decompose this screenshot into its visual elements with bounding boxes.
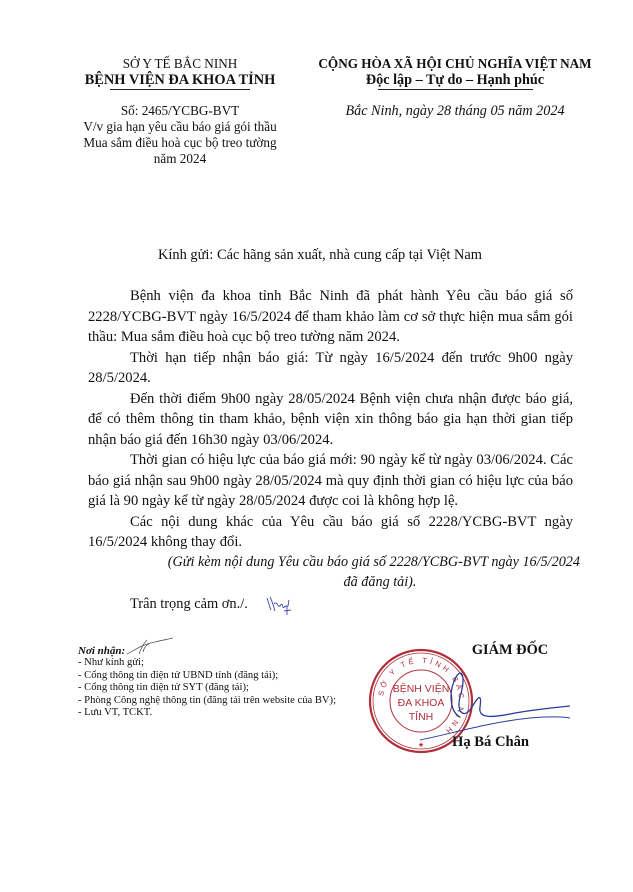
organization-name: BỆNH VIỆN ĐA KHOA TỈNH [60,72,300,88]
recipient-item: - Cổng thông tin điện tử SYT (đăng tải); [78,682,378,694]
national-motto: Độc lập – Tự do – Hạnh phúc [305,72,605,88]
initial-signature-icon [265,594,293,616]
document-number: Số: 2465/YCBG-BVT [60,103,300,119]
paragraph-1: Bệnh viện đa khoa tỉnh Bắc Ninh đã phát … [88,286,573,348]
attachment-note-line-1: (Gửi kèm nội dung Yêu cầu báo giá số 222… [120,552,580,572]
agency-name: SỞ Y TẾ BẮC NINH [60,56,300,72]
recipient-item: - Cổng thông tin điện tử UBND tỉnh (đăng… [78,670,378,682]
national-header: CỘNG HÒA XÃ HỘI CHỦ NGHĨA VIỆT NAM Độc l… [305,56,605,119]
handwritten-signature-icon [420,662,580,742]
recipients-list: Nơi nhận: - Như kính gửi; - Cổng thông t… [78,645,378,719]
svg-text:★: ★ [418,741,424,749]
attachment-note-line-2: đã đăng tải). [120,572,580,592]
recipients-title: Nơi nhận: [78,645,378,657]
national-title: CỘNG HÒA XÃ HỘI CHỦ NGHĨA VIỆT NAM [305,56,605,72]
paragraph-4: Thời gian có hiệu lực của báo giá mới: 9… [88,450,573,512]
subject-line-3: năm 2024 [60,151,300,167]
signatory-name: Hạ Bá Chân [452,734,529,751]
recipient-item: - Lưu VT, TCKT. [78,707,378,719]
attachment-note: (Gửi kèm nội dung Yêu cầu báo giá số 222… [120,552,580,592]
closing-text: Trân trọng cảm ơn./. [130,596,248,613]
subject-line-2: Mua sắm điều hoà cục bộ treo tường [60,135,300,151]
header-underline [110,89,250,90]
paragraph-2: Thời hạn tiếp nhận báo giá: Từ ngày 16/5… [88,348,573,389]
signature-block: GIÁM ĐỐC [440,642,580,659]
initial-mark-icon [125,636,175,658]
paragraph-3: Đến thời điểm 9h00 ngày 28/05/2024 Bệnh … [88,389,573,451]
subject-line-1: V/v gia hạn yêu cầu báo giá gói thầu [60,119,300,135]
paragraph-5: Các nội dung khác của Yêu cầu báo giá số… [88,512,573,553]
letter-body: Bệnh viện đa khoa tỉnh Bắc Ninh đã phát … [88,286,573,553]
issuing-agency-header: SỞ Y TẾ BẮC NINH BỆNH VIỆN ĐA KHOA TỈNH … [60,56,300,167]
place-and-date: Bắc Ninh, ngày 28 tháng 05 năm 2024 [305,103,605,119]
signatory-position: GIÁM ĐỐC [440,642,580,659]
recipient-item: - Phòng Công nghệ thông tin (đăng tải tr… [78,695,378,707]
motto-underline [378,89,533,90]
recipient-item: - Như kính gửi; [78,657,378,669]
addressee: Kính gửi: Các hãng sản xuất, nhà cung cấ… [60,247,580,264]
